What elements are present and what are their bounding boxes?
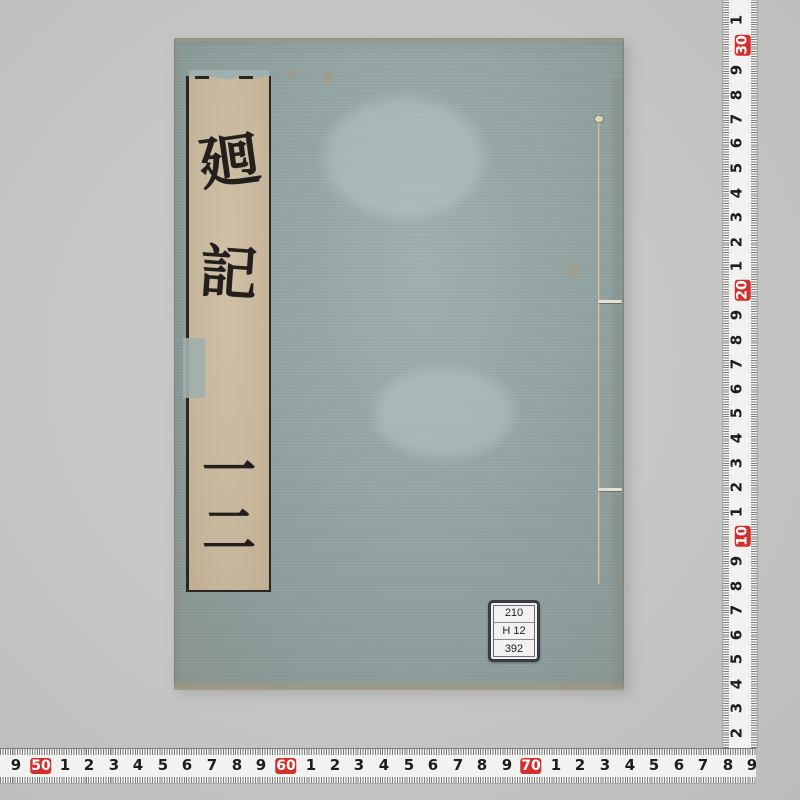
ruler-label: 9 (730, 65, 745, 75)
ruler-label: 6 (730, 384, 745, 394)
ruler-label: 7 (730, 114, 745, 124)
book-bottom-edge (174, 680, 624, 690)
volume-character: 二 (189, 488, 269, 565)
ruler-major-label: 30 (735, 34, 751, 55)
ruler-label: 9 (11, 758, 21, 773)
ruler-major-label: 20 (735, 279, 751, 300)
call-number-class: 210 (494, 605, 534, 623)
call-number-author: H 12 (494, 623, 534, 641)
ruler-label: 5 (158, 758, 168, 773)
slip-worn-patch (183, 338, 205, 398)
ruler-label: 4 (730, 679, 745, 689)
ruler-label: 2 (730, 237, 745, 247)
ruler-label: 1 (306, 758, 316, 773)
ruler-label: 1 (730, 507, 745, 517)
ruler-label: 5 (404, 758, 414, 773)
ruler-label: 3 (600, 758, 610, 773)
ruler-label: 8 (730, 90, 745, 100)
ruler-label: 2 (730, 728, 745, 738)
ruler-label: 8 (730, 581, 745, 591)
ruler-label: 3 (730, 703, 745, 713)
ruler-label: 6 (730, 630, 745, 640)
cover-light-patch (374, 368, 514, 458)
ruler-label: 3 (730, 458, 745, 468)
ruler-major-label: 60 (275, 758, 296, 774)
binding-margin (612, 78, 624, 688)
ruler-label: 4 (730, 188, 745, 198)
call-number-label: 210 H 12 392 (488, 600, 540, 662)
ruler-label: 9 (747, 758, 756, 773)
ruler-label: 2 (730, 482, 745, 492)
binding-knot (595, 116, 603, 122)
ruler-label: 5 (649, 758, 659, 773)
ruler-major-label: 50 (30, 758, 51, 774)
ruler-label: 2 (575, 758, 585, 773)
ruler-label: 7 (453, 758, 463, 773)
book-top-edge (174, 38, 624, 42)
ruler-label: 9 (502, 758, 512, 773)
ruler-label: 1 (730, 15, 745, 25)
slip-border-fragment (195, 76, 209, 79)
ruler-major-label: 10 (735, 525, 751, 546)
ruler-label: 9 (730, 556, 745, 566)
horizontal-ruler: 9 50 1 2 3 4 5 6 7 8 9 60 1 2 3 4 5 6 7 … (0, 748, 756, 784)
ruler-label: 6 (674, 758, 684, 773)
cover-stain (566, 264, 580, 278)
ruler-label: 9 (256, 758, 266, 773)
cover-stain (322, 72, 334, 84)
ruler-ticks (751, 0, 757, 748)
ruler-label: 5 (730, 654, 745, 664)
title-slip: 𢌞 記 一 二 (186, 76, 271, 592)
ruler-ticks (0, 777, 756, 783)
ruler-label: 8 (723, 758, 733, 773)
ruler-label: 7 (730, 359, 745, 369)
cover-light-patch (324, 98, 484, 218)
ruler-label: 1 (551, 758, 561, 773)
cover-stain (284, 70, 298, 78)
ruler-label: 8 (477, 758, 487, 773)
ruler-label: 4 (730, 433, 745, 443)
ruler-label: 5 (730, 408, 745, 418)
ruler-label: 4 (379, 758, 389, 773)
ruler-label: 8 (232, 758, 242, 773)
slip-border-fragment (239, 76, 253, 79)
book-cover: 𢌞 記 一 二 210 H 12 392 (174, 38, 624, 690)
title-character: 𢌞 (182, 109, 277, 204)
vertical-ruler: 1 30 9 8 7 6 5 4 3 2 1 20 9 8 7 6 5 4 3 … (722, 0, 758, 748)
ruler-label: 3 (354, 758, 364, 773)
ruler-label: 2 (84, 758, 94, 773)
ruler-label: 3 (109, 758, 119, 773)
ruler-label: 7 (698, 758, 708, 773)
title-character: 記 (186, 223, 272, 312)
ruler-label: 1 (60, 758, 70, 773)
ruler-label: 1 (730, 261, 745, 271)
ruler-label: 2 (330, 758, 340, 773)
ruler-major-label: 70 (520, 758, 541, 774)
ruler-label: 5 (730, 163, 745, 173)
ruler-label: 9 (730, 310, 745, 320)
ruler-label: 7 (730, 605, 745, 615)
ruler-label: 4 (625, 758, 635, 773)
ruler-label: 6 (182, 758, 192, 773)
ruler-label: 8 (730, 335, 745, 345)
ruler-label: 6 (428, 758, 438, 773)
ruler-label: 3 (730, 212, 745, 222)
call-number-item: 392 (494, 640, 534, 657)
binding-stitch (598, 488, 622, 491)
ruler-label: 7 (207, 758, 217, 773)
binding-thread (598, 114, 600, 584)
ruler-ticks (0, 749, 756, 755)
binding-stitch (598, 300, 622, 303)
ruler-label: 6 (730, 138, 745, 148)
ruler-label: 4 (133, 758, 143, 773)
